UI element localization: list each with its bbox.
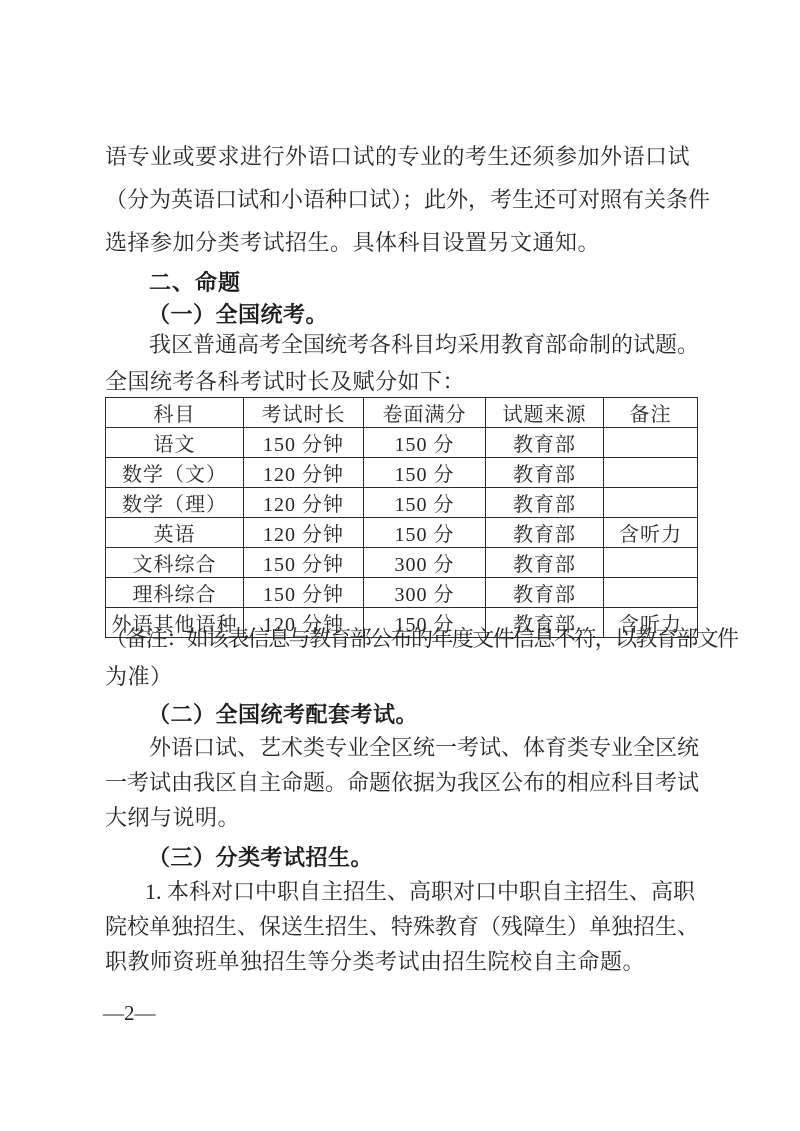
- table-cell: 教育部: [486, 578, 604, 608]
- table-row: 文科综合 150 分钟 300 分 教育部: [106, 548, 698, 578]
- table-cell: [604, 458, 698, 488]
- page-number: —2—: [103, 1000, 156, 1026]
- table-cell: 120 分钟: [244, 488, 364, 518]
- paragraph-line: 选择参加分类考试招生。具体科目设置另文通知。: [105, 229, 600, 256]
- table-cell: 150 分: [364, 428, 486, 458]
- table-header-cell: 考试时长: [244, 398, 364, 428]
- paragraph-line: 语专业或要求进行外语口试的专业的考生还须参加外语口试: [105, 143, 690, 170]
- paragraph-line: （分为英语口试和小语种口试）；此外，考生还可对照有关条件: [105, 186, 710, 213]
- table-header-cell: 科目: [106, 398, 244, 428]
- exam-table: 科目 考试时长 卷面满分 试题来源 备注 语文 150 分钟 150 分 教育部…: [105, 397, 698, 638]
- table-cell: 英语: [106, 518, 244, 548]
- table-cell: 理科综合: [106, 578, 244, 608]
- table-cell: 300 分: [364, 578, 486, 608]
- table-cell: 教育部: [486, 428, 604, 458]
- table-header-row: 科目 考试时长 卷面满分 试题来源 备注: [106, 398, 698, 428]
- paragraph-line: 全国统考各科考试时长及赋分如下：: [105, 368, 465, 395]
- table-cell: [604, 428, 698, 458]
- table-cell: 150 分钟: [244, 578, 364, 608]
- subsection-heading: （二）全国统考配套考试。: [148, 701, 418, 728]
- table-row: 语文 150 分钟 150 分 教育部: [106, 428, 698, 458]
- table-cell: 120 分钟: [244, 458, 364, 488]
- table-cell: 150 分钟: [244, 428, 364, 458]
- subsection-heading: （一）全国统考。: [148, 301, 328, 328]
- document-page: 语专业或要求进行外语口试的专业的考生还须参加外语口试 （分为英语口试和小语种口试…: [0, 0, 800, 1131]
- table-cell: 150 分: [364, 488, 486, 518]
- table-cell: 语文: [106, 428, 244, 458]
- table-note-line: （备注：如该表信息与教育部公布的年度文件信息不符，以教育部文件: [105, 625, 737, 652]
- paragraph-line: 一考试由我区自主命题。命题依据为我区公布的相应科目考试: [105, 769, 699, 796]
- table-header-cell: 卷面满分: [364, 398, 486, 428]
- table-cell: [604, 488, 698, 518]
- table-row: 数学（文） 120 分钟 150 分 教育部: [106, 458, 698, 488]
- table-cell: 教育部: [486, 458, 604, 488]
- paragraph-line: 外语口试、艺术类专业全区统一考试、体育类专业全区统: [149, 734, 699, 761]
- paragraph-line: 我区普通高考全国统考各科目均采用教育部命制的试题。: [149, 331, 699, 358]
- table-cell: 数学（理）: [106, 488, 244, 518]
- section-heading: 二、命题: [149, 269, 241, 296]
- table-cell: 150 分: [364, 458, 486, 488]
- paragraph-line: 院校单独招生、保送生招生、特殊教育（残障生）单独招生、: [105, 913, 699, 940]
- paragraph-line: 职教师资班单独招生等分类考试由招生院校自主命题。: [105, 948, 645, 975]
- table-cell: 120 分钟: [244, 518, 364, 548]
- table-note-line: 为准）: [105, 663, 173, 690]
- subsection-heading: （三）分类考试招生。: [148, 844, 373, 871]
- table-header-cell: 备注: [604, 398, 698, 428]
- paragraph-line: 1. 本科对口中职自主招生、高职对口中职自主招生、高职: [145, 878, 695, 905]
- paragraph-line: 大纲与说明。: [105, 804, 240, 831]
- table-cell: 教育部: [486, 518, 604, 548]
- table-row: 数学（理） 120 分钟 150 分 教育部: [106, 488, 698, 518]
- table-row: 理科综合 150 分钟 300 分 教育部: [106, 578, 698, 608]
- table-cell: 150 分: [364, 518, 486, 548]
- table-cell: 文科综合: [106, 548, 244, 578]
- table-cell: 教育部: [486, 488, 604, 518]
- table-cell: 含听力: [604, 518, 698, 548]
- table-cell: 数学（文）: [106, 458, 244, 488]
- table-row: 英语 120 分钟 150 分 教育部 含听力: [106, 518, 698, 548]
- table-cell: 教育部: [486, 548, 604, 578]
- table-cell: [604, 548, 698, 578]
- table-cell: 150 分钟: [244, 548, 364, 578]
- table-cell: [604, 578, 698, 608]
- table-cell: 300 分: [364, 548, 486, 578]
- table-header-cell: 试题来源: [486, 398, 604, 428]
